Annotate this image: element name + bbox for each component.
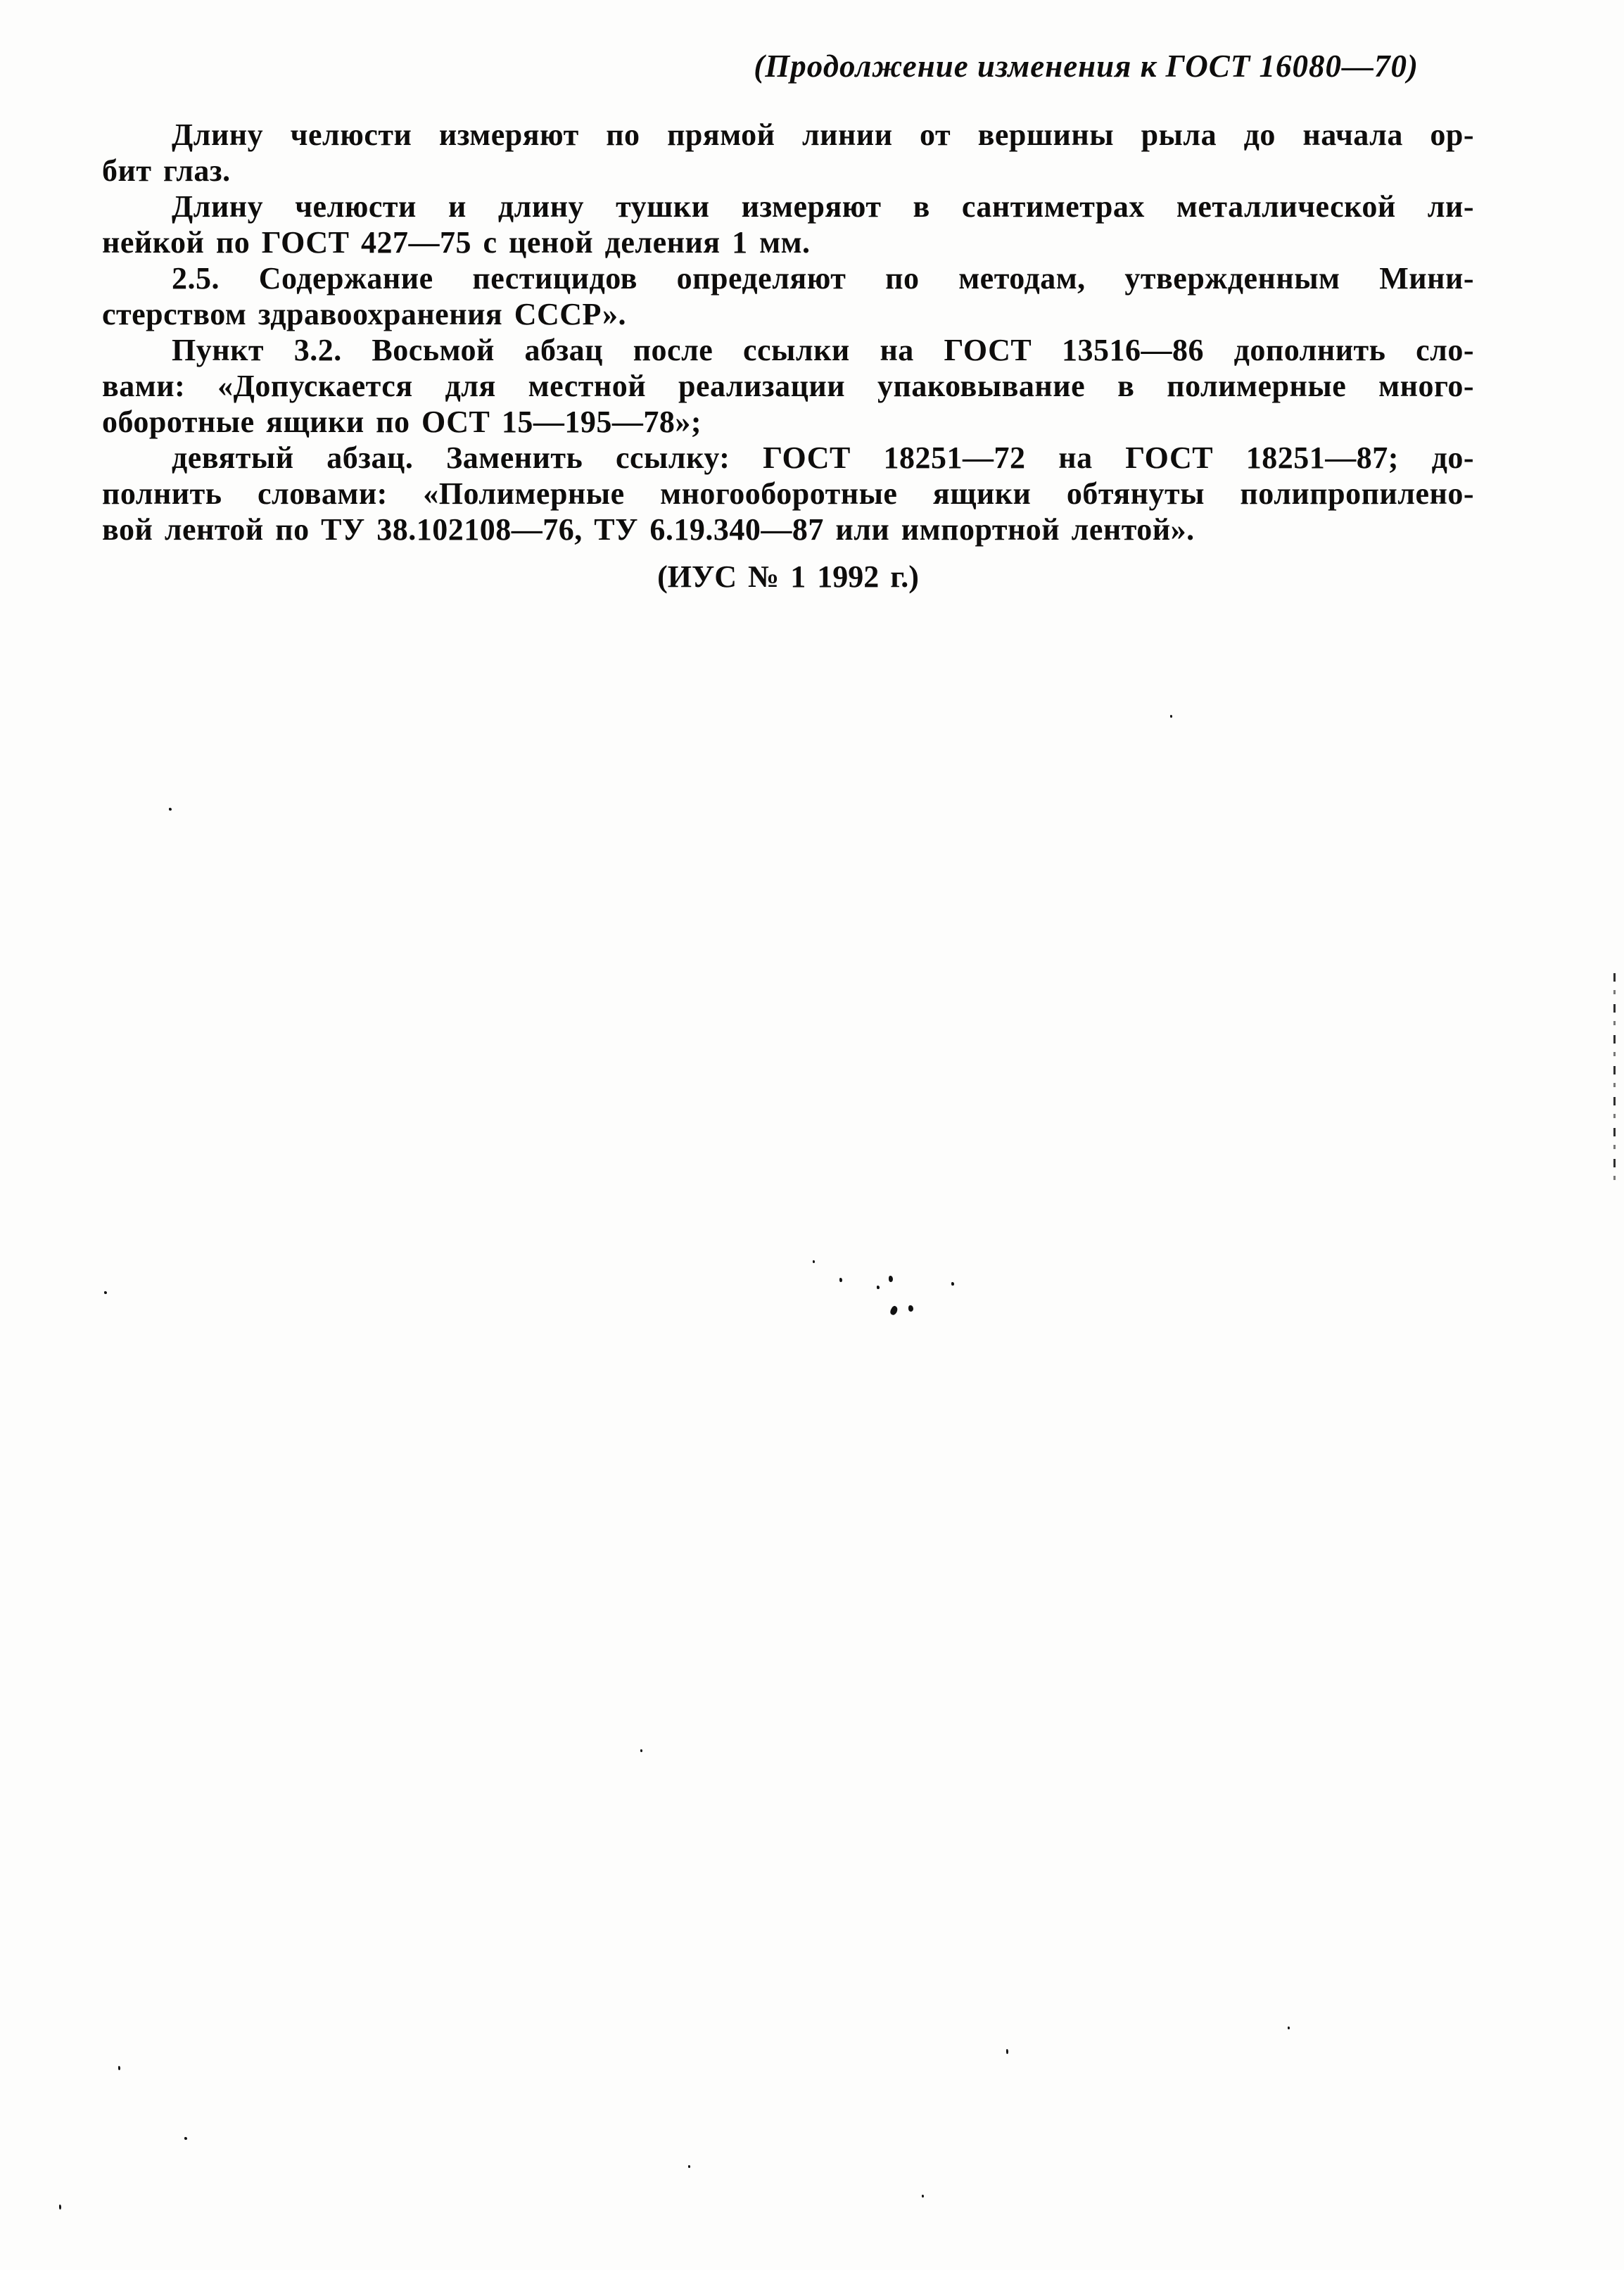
scan-speck <box>184 2137 187 2140</box>
scan-speck <box>104 1291 107 1294</box>
body-line: Длину челюсти и длину тушки измеряют в с… <box>102 189 1474 224</box>
document-body: Длину челюсти измеряют по прямой линии о… <box>102 117 1474 547</box>
scan-speck <box>908 1305 913 1312</box>
scan-speck <box>59 2205 61 2209</box>
continuation-header: (Продолжение изменения к ГОСТ 16080—70) <box>0 45 1624 87</box>
scan-speck <box>640 1749 642 1752</box>
body-line: Пункт 3.2. Восьмой абзац после ссылки на… <box>102 332 1474 368</box>
issue-reference-note: (ИУС № 1 1992 г.) <box>102 559 1474 595</box>
scan-speck <box>1006 2049 1008 2054</box>
scan-speck <box>889 1276 893 1282</box>
scan-speck <box>951 1282 954 1286</box>
body-line: стерством здравоохранения СССР». <box>102 296 1474 332</box>
body-line: 2.5. Содержание пестицидов определяют по… <box>102 260 1474 296</box>
body-line: Длину челюсти измеряют по прямой линии о… <box>102 117 1474 153</box>
scan-speck <box>118 2066 120 2070</box>
scan-speck <box>169 808 172 811</box>
body-line: вой лентой по ТУ 38.102108—76, ТУ 6.19.3… <box>102 512 1474 547</box>
body-line: нейкой по ГОСТ 427—75 с ценой деления 1 … <box>102 224 1474 260</box>
scan-speck <box>688 2165 690 2168</box>
scan-speck <box>813 1260 815 1263</box>
body-line: полнить словами: «Полимерные многооборот… <box>102 476 1474 512</box>
body-line: бит глаз. <box>102 153 1474 189</box>
scan-speck <box>877 1286 880 1289</box>
scan-speck <box>889 1305 899 1317</box>
scanned-document-page: (Продолжение изменения к ГОСТ 16080—70) … <box>0 0 1624 2270</box>
scan-speck <box>839 1278 842 1282</box>
body-line: девятый абзац. Заменить ссылку: ГОСТ 182… <box>102 440 1474 476</box>
scan-edge-line-artifact <box>1613 973 1616 1184</box>
scan-speck <box>1170 715 1172 718</box>
body-line: вами: «Допускается для местной реализаци… <box>102 368 1474 404</box>
body-line: оборотные ящики по ОСТ 15—195—78»; <box>102 404 1474 440</box>
scan-speck <box>1288 2027 1290 2029</box>
scan-speck <box>922 2195 924 2198</box>
